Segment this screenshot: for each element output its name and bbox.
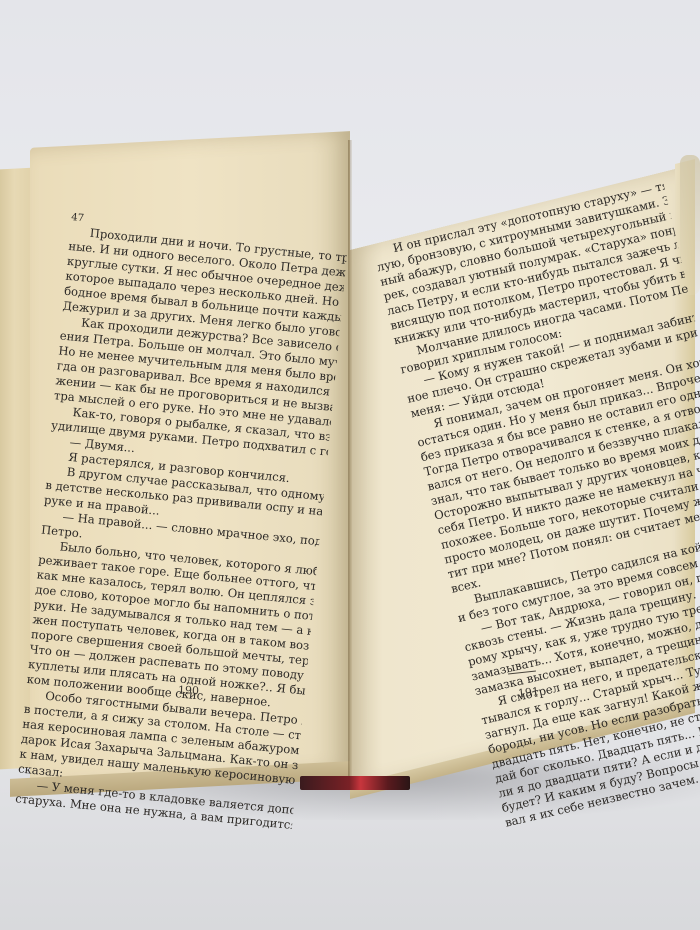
left-page-number: 190 [178, 684, 199, 698]
right-page-number: 191 [517, 685, 539, 700]
left-page-text: 47 Проходили дни и ночи. То грустные, то… [15, 210, 349, 833]
spine-headband [300, 776, 410, 790]
photo-scene: 47 Проходили дни и ночи. То грустные, то… [0, 0, 700, 930]
